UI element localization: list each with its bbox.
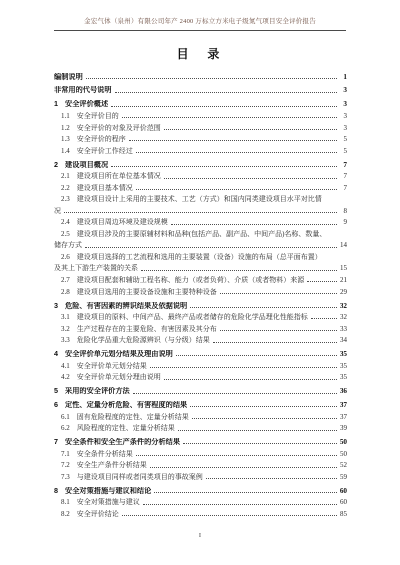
dot-leader	[190, 307, 337, 308]
entry-label: 安全评价单元划分结果	[77, 362, 147, 370]
entry-number: 4.1	[61, 362, 70, 370]
entry-page-number: 34	[339, 336, 347, 344]
dot-leader	[183, 443, 337, 444]
entry-page-number: 5	[339, 135, 347, 143]
dot-leader	[154, 492, 337, 493]
entry-page-number: 1	[339, 73, 347, 81]
entry-page-number: 5	[339, 147, 347, 155]
entry-page-number: 32	[339, 302, 347, 310]
entry-label: 安全评价单元划分理由说明	[77, 373, 161, 381]
dot-leader	[176, 355, 337, 356]
entry-page-number: 9	[339, 218, 347, 226]
toc-entry: 4安全评价单元划分结果及理由说明35	[54, 347, 347, 359]
toc-entry: 2.2建设项目基本情况7	[54, 180, 347, 192]
toc-entry: 2建设项目概况7	[54, 157, 347, 169]
dot-leader	[220, 330, 337, 331]
entry-number: 6.2	[61, 424, 70, 432]
entry-page-number: 50	[339, 450, 347, 458]
dot-leader	[133, 393, 337, 394]
entry-page-number: 37	[339, 401, 347, 409]
dot-leader	[136, 189, 337, 190]
toc-list: 编制说明1非常用的代号说明31安全评价概述31.1安全评价目的31.2安全评价的…	[54, 69, 347, 518]
toc-entry: 2.3建设项目设计上采用的主要技术、工艺（方式）和国内同类建设项目水平对比情	[54, 192, 347, 204]
page-number: I	[0, 532, 400, 539]
entry-label: 危险、有害因素的辨识结果及依据说明	[65, 302, 187, 310]
entry-number: 7.3	[61, 473, 70, 481]
entry-page-number: 60	[339, 498, 347, 506]
entry-label: 安全对策措施与建议和结论	[65, 487, 151, 495]
toc-entry: 3.1建设项目的原料、中间产品、最终产品或者储存的危险化学品理化性能指标32	[54, 310, 347, 322]
page-title: 目 录	[0, 45, 400, 62]
entry-number: 2.6	[61, 253, 70, 261]
dot-leader	[192, 418, 337, 419]
toc-entry: 况8	[54, 203, 347, 215]
dot-leader	[136, 455, 337, 456]
entry-number: 2.4	[61, 218, 70, 226]
toc-entry: 3.2生产过程存在的主要危险、有害因素及其分布33	[54, 321, 347, 333]
entry-page-number: 35	[339, 350, 347, 358]
dot-leader	[129, 140, 337, 141]
entry-page-number: 3	[339, 86, 347, 94]
dot-leader	[206, 478, 337, 479]
entry-number: 8	[54, 487, 58, 495]
entry-number: 2.1	[61, 172, 70, 180]
entry-number: 8.2	[61, 510, 70, 518]
entry-label-continued: 及其上下游生产装置的关系	[54, 264, 138, 272]
entry-number: 3.3	[61, 336, 70, 344]
entry-label: 建设项目设计上采用的主要技术、工艺（方式）和国内同类建设项目水平对比情	[77, 195, 322, 203]
entry-label: 安全评价的对象及评价范围	[77, 124, 161, 132]
entry-label: 安全条件分析结果	[77, 450, 133, 458]
toc-entry: 6.2风险程度的定性、定量分析结果39	[54, 421, 347, 433]
entry-label: 危险化学品重大危险源辨识（与分级）结果	[77, 336, 210, 344]
entry-number: 1.2	[61, 124, 70, 132]
entry-label: 编制说明	[54, 73, 83, 81]
entry-page-number: 14	[339, 241, 347, 249]
dot-leader	[115, 92, 337, 93]
entry-page-number: 29	[339, 288, 347, 296]
entry-number: 3.1	[61, 313, 70, 321]
toc-entry: 3危险、有害因素的辨识结果及依据说明32	[54, 298, 347, 310]
dot-leader	[178, 430, 337, 431]
entry-label-continued: 况	[54, 207, 61, 215]
entry-label: 安全评价的程序	[77, 135, 126, 143]
entry-number: 1	[54, 100, 58, 108]
entry-label: 风险程度的定性、定量分析结果	[77, 424, 175, 432]
entry-number: 3.2	[61, 325, 70, 333]
toc-entry: 1.1安全评价目的3	[54, 108, 347, 120]
entry-number: 7	[54, 438, 58, 446]
entry-label: 安全生产条件分析结果	[77, 461, 147, 469]
entry-label: 安全评价工作经过	[77, 147, 133, 155]
entry-number: 4	[54, 350, 58, 358]
entry-number: 3	[54, 302, 58, 310]
entry-label: 安全评价结论	[77, 510, 119, 518]
toc-entry: 8安全对策措施与建议和结论60	[54, 483, 347, 495]
entry-page-number: 60	[339, 487, 347, 495]
entry-label: 安全评价单元划分结果及理由说明	[65, 350, 173, 358]
entry-label: 与建设项目同样或者同类项目的事故案例	[77, 473, 203, 481]
entry-page-number: 39	[339, 424, 347, 432]
entry-label-continued: 储存方式	[54, 241, 82, 249]
dot-leader	[164, 178, 337, 179]
entry-number: 4.2	[61, 373, 70, 381]
entry-label: 安全评价目的	[77, 112, 119, 120]
dot-leader	[136, 152, 337, 153]
entry-number: 1.3	[61, 135, 70, 143]
entry-number: 2.7	[61, 276, 70, 284]
entry-page-number: 7	[339, 161, 347, 169]
entry-label: 建设项目选择的工艺流程和选用的主要装置（设备）设施的布局（总平面布置）	[77, 253, 322, 261]
toc-entry: 6定性、定量分析危险、有害程度的结果37	[54, 398, 347, 410]
toc-entry: 1.2安全评价的对象及评价范围3	[54, 120, 347, 132]
entry-page-number: 3	[339, 100, 347, 108]
entry-number: 7.2	[61, 461, 70, 469]
dot-leader	[307, 281, 337, 282]
entry-number: 2.3	[61, 195, 70, 203]
entry-page-number: 7	[339, 184, 347, 192]
toc-page: 金宏气体（泉州）有限公司年产 2400 万标立方米电子级氮气项目安全评价报告 目…	[0, 0, 400, 565]
toc-entry: 2.6建设项目选择的工艺流程和选用的主要装置（设备）设施的布局（总平面布置）	[54, 249, 347, 261]
entry-label: 建设项目周边环境及建设规模	[77, 218, 168, 226]
toc-entry: 8.1安全对策措施与建议60	[54, 495, 347, 507]
entry-number: 1.4	[61, 147, 70, 155]
document-header: 金宏气体（泉州）有限公司年产 2400 万标立方米电子级氮气项目安全评价报告	[54, 17, 346, 31]
toc-entry: 非常用的代号说明3	[54, 83, 347, 95]
toc-entry: 2.7建设项目配套和辅助工程名称、能力（或者负荷）、介质（或者物料）来源21	[54, 272, 347, 284]
toc-entry: 7.3与建设项目同样或者同类项目的事故案例59	[54, 469, 347, 481]
toc-entry: 4.1安全评价单元划分结果35	[54, 358, 347, 370]
toc-entry: 7.2安全生产条件分析结果52	[54, 458, 347, 470]
entry-label: 安全评价概述	[65, 100, 108, 108]
dot-leader	[171, 224, 337, 225]
dot-leader	[111, 166, 337, 167]
entry-page-number: 3	[339, 124, 347, 132]
entry-label: 建设项目涉及的主要原辅材料和品种(包括产品、副产品、中间产品)名称、数量、	[77, 230, 327, 238]
dot-leader	[213, 342, 337, 343]
entry-number: 6	[54, 401, 58, 409]
entry-page-number: 32	[339, 313, 347, 321]
entry-label: 建设项目概况	[65, 161, 108, 169]
entry-number: 7.1	[61, 450, 70, 458]
dot-leader	[164, 379, 337, 380]
entry-page-number: 59	[339, 473, 347, 481]
dot-leader	[86, 78, 337, 79]
dot-leader	[150, 367, 337, 368]
entry-page-number: 15	[339, 264, 347, 272]
entry-page-number: 50	[339, 438, 347, 446]
dot-leader	[141, 270, 337, 271]
toc-entry: 2.4建设项目周边环境及建设规模9	[54, 215, 347, 227]
toc-entry: 1.4安全评价工作经过5	[54, 143, 347, 155]
entry-page-number: 8	[339, 207, 347, 215]
entry-page-number: 85	[339, 510, 347, 518]
entry-number: 2	[54, 161, 58, 169]
toc-entry: 2.8建设项目选用的主要设备设施和主要特种设备29	[54, 284, 347, 296]
entry-page-number: 52	[339, 461, 347, 469]
dot-leader	[150, 467, 337, 468]
toc-entry: 及其上下游生产装置的关系15	[54, 261, 347, 273]
toc-entry: 5采用的安全评价方法36	[54, 384, 347, 396]
toc-entry: 6.1固有危险程度的定性、定量分析结果37	[54, 409, 347, 421]
entry-number: 2.2	[61, 184, 70, 192]
entry-number: 2.5	[61, 230, 70, 238]
dot-leader	[85, 247, 337, 248]
entry-label: 固有危险程度的定性、定量分析结果	[77, 413, 189, 421]
dot-leader	[190, 406, 337, 407]
dot-leader	[122, 515, 337, 516]
entry-label: 建设项目配套和辅助工程名称、能力（或者负荷）、介质（或者物料）来源	[77, 276, 305, 284]
toc-entry: 2.5建设项目涉及的主要原辅材料和品种(包括产品、副产品、中间产品)名称、数量、	[54, 226, 347, 238]
entry-number: 6.1	[61, 413, 70, 421]
entry-page-number: 36	[339, 387, 347, 395]
toc-entry: 4.2安全评价单元划分理由说明35	[54, 370, 347, 382]
toc-entry: 1安全评价概述3	[54, 97, 347, 109]
entry-label: 采用的安全评价方法	[65, 387, 130, 395]
entry-number: 2.8	[61, 288, 70, 296]
toc-entry: 3.3危险化学品重大危险源辨识（与分级）结果34	[54, 333, 347, 345]
toc-entry: 1.3安全评价的程序5	[54, 132, 347, 144]
entry-label: 建设项目的原料、中间产品、最终产品或者储存的危险化学品理化性能指标	[77, 313, 308, 321]
entry-page-number: 21	[339, 276, 347, 284]
entry-page-number: 35	[339, 373, 347, 381]
entry-page-number: 7	[339, 172, 347, 180]
toc-entry: 7.1安全条件分析结果50	[54, 446, 347, 458]
toc-entry: 2.1建设项目所在单位基本情况7	[54, 169, 347, 181]
toc-entry: 储存方式14	[54, 238, 347, 250]
entry-label: 安全对策措施与建议	[77, 498, 140, 506]
entry-number: 8.1	[61, 498, 70, 506]
entry-label: 建设项目选用的主要设备设施和主要特种设备	[77, 288, 217, 296]
entry-number: 1.1	[61, 112, 70, 120]
dot-leader	[143, 504, 337, 505]
entry-label: 非常用的代号说明	[54, 86, 112, 94]
entry-page-number: 37	[339, 413, 347, 421]
dot-leader	[164, 129, 337, 130]
dot-leader	[220, 293, 337, 294]
entry-label: 建设项目基本情况	[77, 184, 133, 192]
entry-page-number: 33	[339, 325, 347, 333]
entry-page-number: 3	[339, 112, 347, 120]
entry-label: 安全条件和安全生产条件的分析结果	[65, 438, 180, 446]
entry-label: 建设项目所在单位基本情况	[77, 172, 161, 180]
entry-page-number: 35	[339, 362, 347, 370]
toc-entry: 8.2安全评价结论85	[54, 506, 347, 518]
dot-leader	[311, 318, 337, 319]
entry-number: 5	[54, 387, 58, 395]
dot-leader	[64, 212, 337, 213]
toc-entry: 7安全条件和安全生产条件的分析结果50	[54, 435, 347, 447]
dot-leader	[111, 106, 337, 107]
entry-label: 生产过程存在的主要危险、有害因素及其分布	[77, 325, 217, 333]
toc-entry: 编制说明1	[54, 69, 347, 81]
entry-label: 定性、定量分析危险、有害程度的结果	[65, 401, 187, 409]
dot-leader	[122, 117, 337, 118]
